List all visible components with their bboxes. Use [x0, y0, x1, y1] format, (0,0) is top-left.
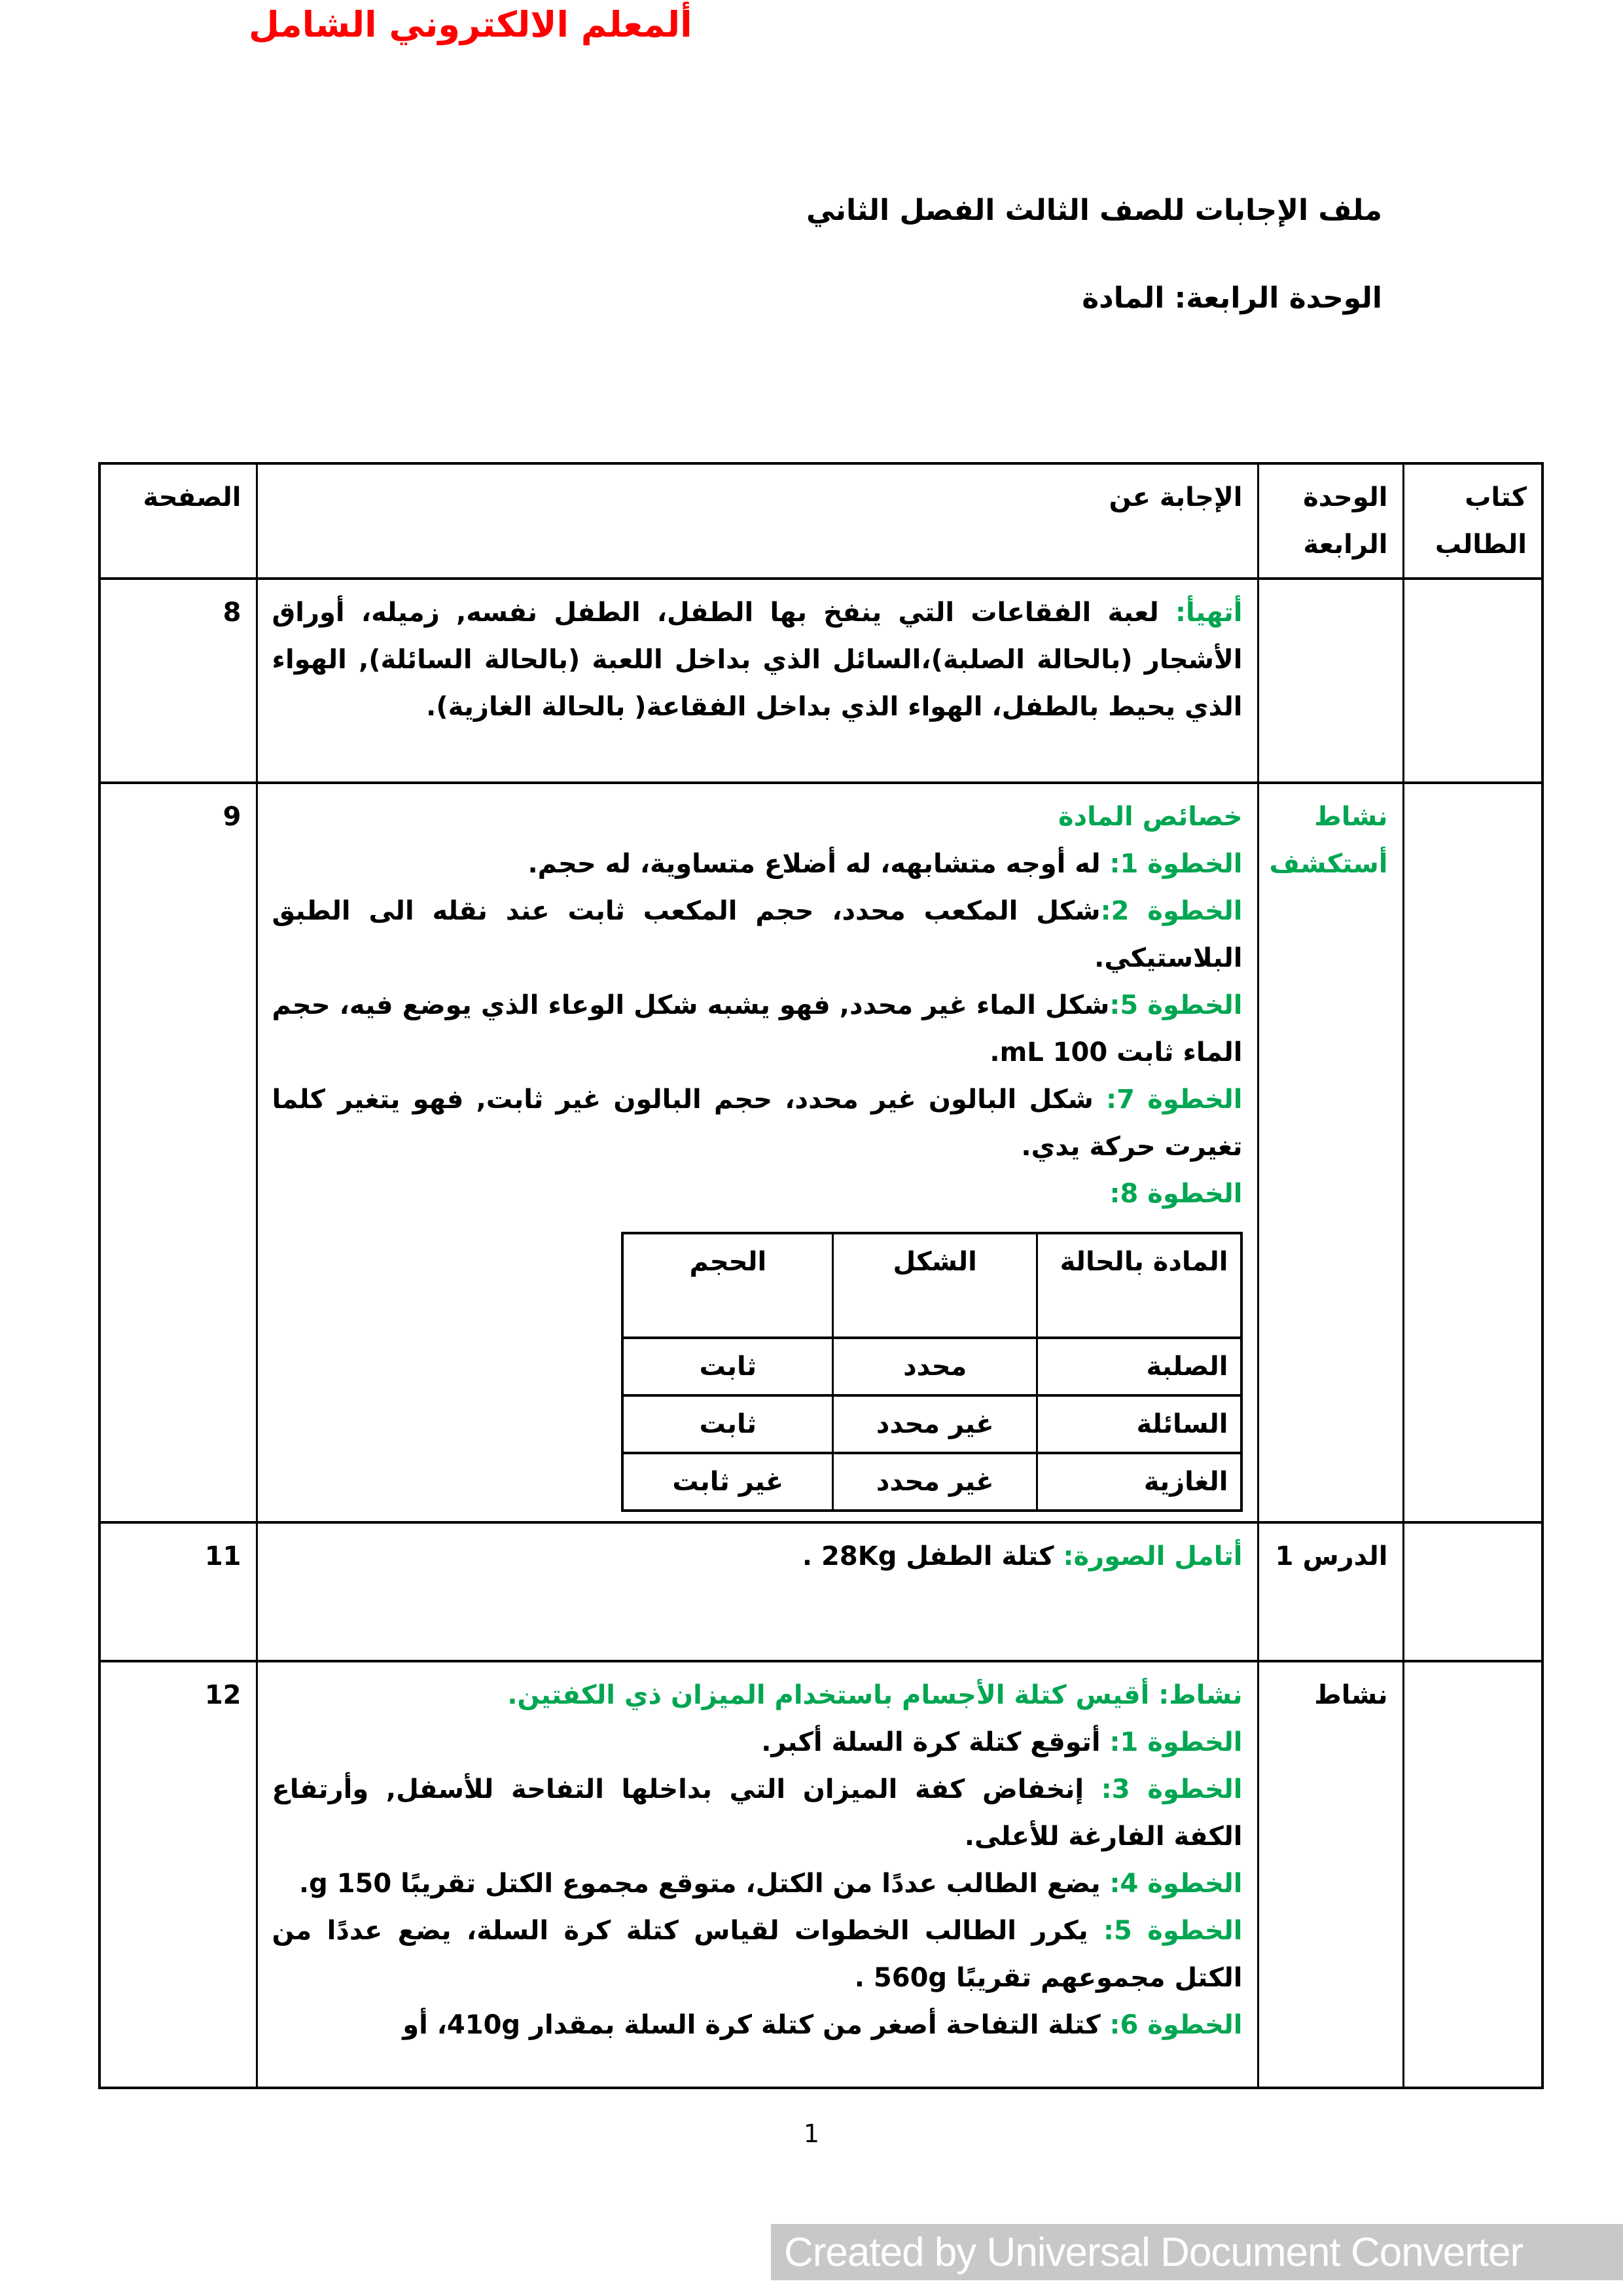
student-book-cell — [1403, 1522, 1543, 1661]
step-text: له أوجه متشابهه، له أضلاع متساوية، له حج… — [527, 849, 1109, 879]
inner-col-shape: الشكل — [833, 1233, 1037, 1338]
answer-paragraph: خصائص المادة — [272, 793, 1243, 840]
answer-cell: نشاط: أقيس كتلة الأجسام باستخدام الميزان… — [257, 1661, 1258, 2088]
step-label: الخطوة 5: — [1109, 990, 1242, 1020]
step-text: يضع الطالب عددًا من الكتل، متوقع مجموع ا… — [299, 1869, 1110, 1899]
matter-properties-table: المادة بالحالة الشكل الحجم الصلبة محدد ث… — [621, 1232, 1242, 1512]
col-header-answer: الإجابة عن — [257, 463, 1258, 579]
inner-row-liquid: السائلة غير محدد ثابت — [622, 1395, 1241, 1453]
step-label: الخطوة 5: — [1103, 1916, 1242, 1946]
answers-table: كتاب الطالب الوحدة الرابعة الإجابة عن ال… — [98, 462, 1544, 2089]
answer-cell: أتامل الصورة: كتلة الطفل 28Kg . — [257, 1522, 1258, 1661]
step-label: أتهيأ: — [1175, 598, 1242, 628]
table-row-lesson1: الدرس 1 أتامل الصورة: كتلة الطفل 28Kg . … — [99, 1522, 1543, 1661]
student-book-cell — [1403, 783, 1543, 1522]
unit-cell: الدرس 1 — [1258, 1522, 1403, 1661]
unit-cell — [1258, 579, 1403, 783]
step-text: كتلة الطفل 28Kg . — [802, 1541, 1063, 1571]
step-text: لعبة الفقاعات التي ينفخ بها الطفل، الطفل… — [272, 598, 1243, 722]
step-label: الخطوة 3: — [1101, 1774, 1243, 1804]
volume-cell: غير ثابت — [622, 1453, 832, 1511]
unit-label-line1: نشاط — [1314, 802, 1387, 832]
material-cell: السائلة — [1037, 1395, 1241, 1453]
page-number-cell: 8 — [99, 579, 257, 783]
answer-paragraph: الخطوة 5: يكرر الطالب الخطوات لقياس كتلة… — [272, 1907, 1243, 2001]
answer-paragraph: أتهيأ: لعبة الفقاعات التي ينفخ بها الطفل… — [272, 589, 1243, 730]
volume-cell: ثابت — [622, 1338, 832, 1395]
answer-cell: أتهيأ: لعبة الفقاعات التي ينفخ بها الطفل… — [257, 579, 1258, 783]
header-row: كتاب الطالب الوحدة الرابعة الإجابة عن ال… — [99, 463, 1543, 579]
answer-paragraph: نشاط: أقيس كتلة الأجسام باستخدام الميزان… — [272, 1672, 1243, 1719]
unit-cell: نشاط أستكشف — [1258, 783, 1403, 1522]
activity-title: نشاط: أقيس كتلة الأجسام باستخدام الميزان… — [507, 1680, 1242, 1710]
step-text: يكرر الطالب الخطوات لقياس كتلة كرة السلة… — [272, 1916, 1243, 1993]
answer-paragraph: الخطوة 7: شكل البالون غير محدد، حجم البا… — [272, 1076, 1243, 1170]
table-row-explore-activity: نشاط أستكشف خصائص المادة الخطوة 1: له أو… — [99, 783, 1543, 1522]
section-title: خصائص المادة — [1058, 802, 1242, 832]
unit-label-line2: أستكشف — [1270, 849, 1388, 879]
table-row-measure-activity: نشاط نشاط: أقيس كتلة الأجسام باستخدام ال… — [99, 1661, 1543, 2088]
step-label: الخطوة 7: — [1106, 1085, 1242, 1115]
col-header-page: الصفحة — [99, 463, 257, 579]
answer-paragraph: الخطوة 5:شكل الماء غير محدد, فهو يشبه شك… — [272, 982, 1243, 1076]
step-text: شكل المكعب محدد، حجم المكعب ثابت عند نقل… — [272, 896, 1243, 973]
step-label: الخطوة 8: — [1110, 1179, 1243, 1209]
table-row-prepare: أتهيأ: لعبة الفقاعات التي ينفخ بها الطفل… — [99, 579, 1543, 783]
col-header-unit: الوحدة الرابعة — [1258, 463, 1403, 579]
step-text: شكل الماء غير محدد, فهو يشبه شكل الوعاء … — [272, 990, 1243, 1067]
page-number-cell: 12 — [99, 1661, 257, 2088]
page-number-cell: 11 — [99, 1522, 257, 1661]
answer-paragraph: أتامل الصورة: كتلة الطفل 28Kg . — [272, 1533, 1243, 1580]
inner-header-row: المادة بالحالة الشكل الحجم — [622, 1233, 1241, 1338]
inner-row-gas: الغازية غير محدد غير ثابت — [622, 1453, 1241, 1511]
volume-cell: ثابت — [622, 1395, 832, 1453]
step-label: أتامل الصورة: — [1063, 1541, 1242, 1571]
answer-paragraph: الخطوة 1: له أوجه متشابهه، له أضلاع متسا… — [272, 840, 1243, 888]
answer-paragraph: الخطوة 2:شكل المكعب محدد، حجم المكعب ثاب… — [272, 888, 1243, 982]
student-book-cell — [1403, 579, 1543, 783]
step-label: الخطوة 6: — [1110, 2010, 1243, 2040]
answer-paragraph: الخطوة 6: كتلة التفاحة أصغر من كتلة كرة … — [272, 2001, 1243, 2049]
step-text: إنخفاض كفة الميزان التي بداخلها التفاحة … — [272, 1774, 1243, 1852]
footer-page-number: 1 — [0, 2119, 1623, 2148]
inner-col-volume: الحجم — [622, 1233, 832, 1338]
document-heading: ملف الإجابات للصف الثالث الفصل الثاني — [806, 194, 1382, 227]
watermark-text: Created by Universal Document Converter — [784, 2229, 1523, 2276]
step-label: الخطوة 2: — [1101, 896, 1243, 926]
material-cell: الصلبة — [1037, 1338, 1241, 1395]
material-cell: الغازية — [1037, 1453, 1241, 1511]
watermark-bar: Created by Universal Document Converter — [771, 2224, 1623, 2280]
unit-cell: نشاط — [1258, 1661, 1403, 2088]
shape-cell: غير محدد — [833, 1453, 1037, 1511]
answer-paragraph: الخطوة 1: أتوقع كتلة كرة السلة أكبر. — [272, 1719, 1243, 1766]
answer-paragraph: الخطوة 8: — [272, 1170, 1243, 1217]
step-text: كتلة التفاحة أصغر من كتلة كرة السلة بمقد… — [402, 2010, 1109, 2040]
step-text: أتوقع كتلة كرة السلة أكبر. — [761, 1727, 1109, 1757]
answer-paragraph: الخطوة 4: يضع الطالب عددًا من الكتل، متو… — [272, 1860, 1243, 1907]
step-text: شكل البالون غير محدد، حجم البالون غير ثا… — [272, 1085, 1243, 1162]
step-label: الخطوة 1: — [1110, 1727, 1243, 1757]
student-book-cell — [1403, 1661, 1543, 2088]
answer-paragraph: الخطوة 3: إنخفاض كفة الميزان التي بداخله… — [272, 1766, 1243, 1860]
shape-cell: محدد — [833, 1338, 1037, 1395]
col-header-student-book: كتاب الطالب — [1403, 463, 1543, 579]
shape-cell: غير محدد — [833, 1395, 1037, 1453]
inner-col-material-state: المادة بالحالة — [1037, 1233, 1241, 1338]
page-number-cell: 9 — [99, 783, 257, 1522]
site-brand-title: ألمعلم الالكتروني الشامل — [249, 4, 692, 45]
document-page: ألمعلم الالكتروني الشامل ملف الإجابات لل… — [0, 0, 1623, 2296]
document-subheading: الوحدة الرابعة: المادة — [1082, 281, 1382, 315]
step-label: الخطوة 4: — [1110, 1869, 1243, 1899]
inner-row-solid: الصلبة محدد ثابت — [622, 1338, 1241, 1395]
step-label: الخطوة 1: — [1110, 849, 1243, 879]
answer-cell: خصائص المادة الخطوة 1: له أوجه متشابهه، … — [257, 783, 1258, 1522]
